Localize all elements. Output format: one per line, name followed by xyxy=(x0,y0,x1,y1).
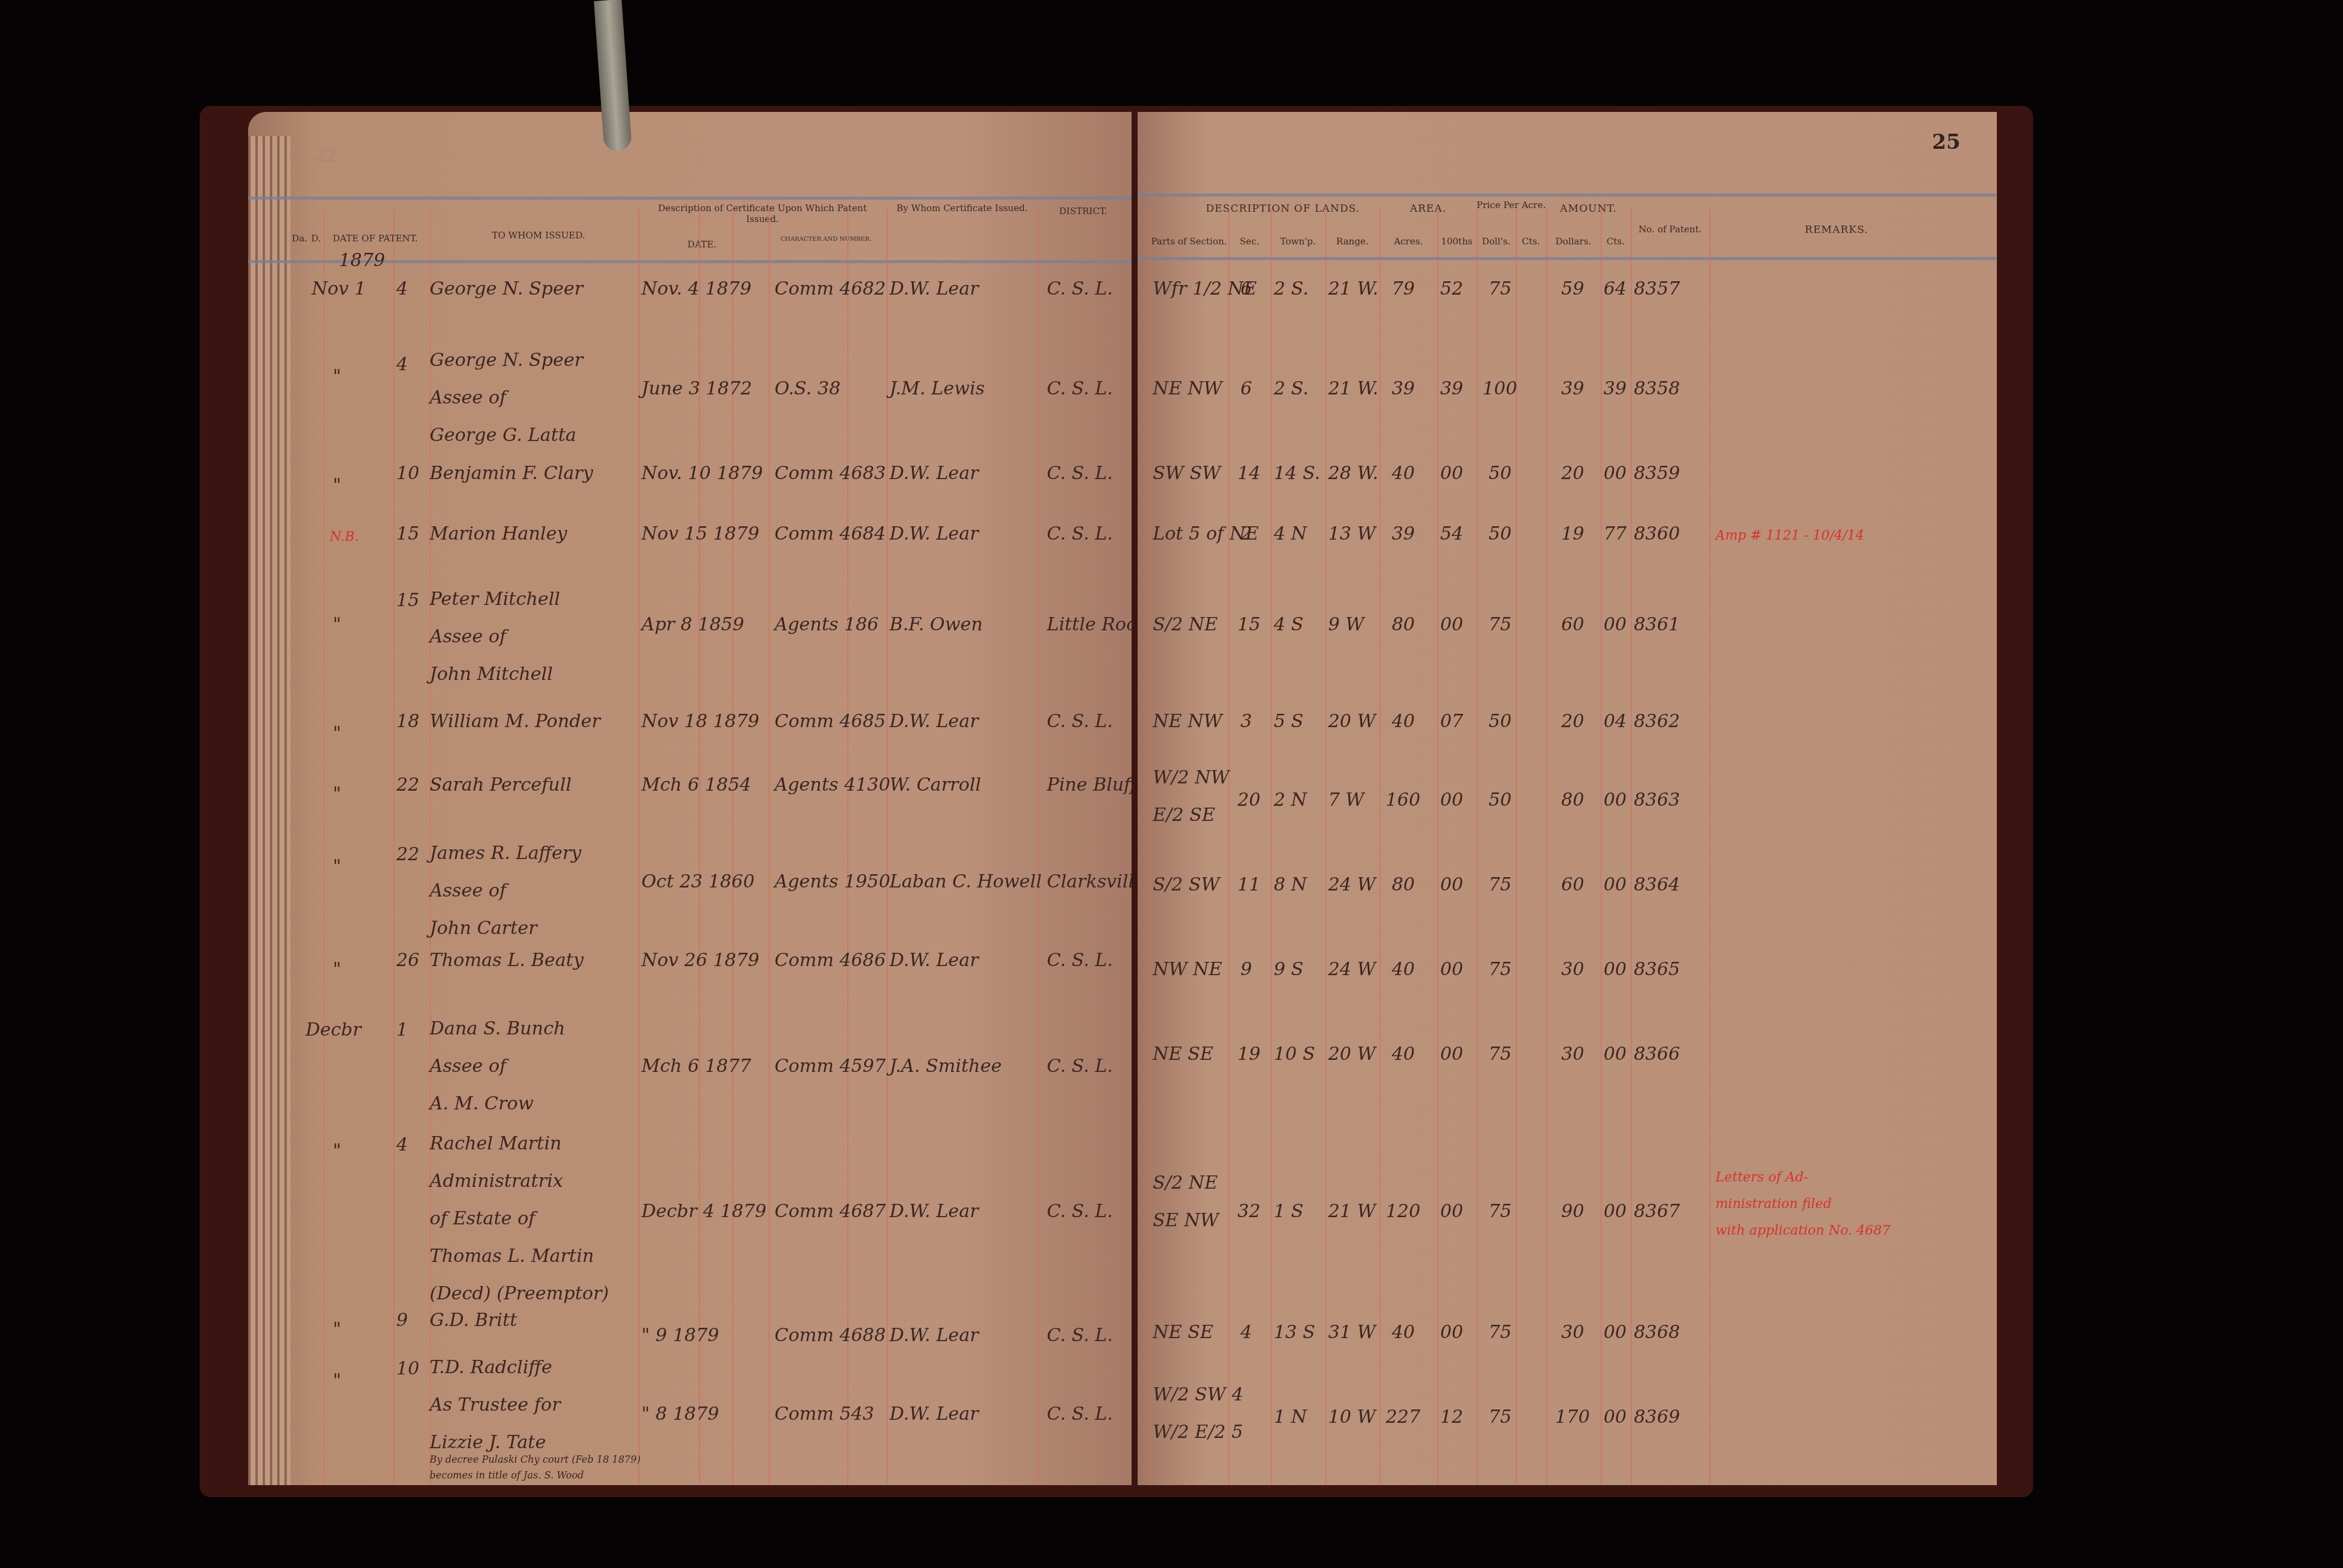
row-7-by-whom: W. Carroll xyxy=(890,774,981,795)
row-6-day: 18 xyxy=(396,711,419,732)
row-11-range: 21 W xyxy=(1328,1201,1376,1222)
ledger-book: 22 Da. D. DATE OF PATENT. 1879 TO WHOM I… xyxy=(200,106,2033,1497)
row-2-range: 21 W. xyxy=(1328,378,1378,399)
row-4-dollars: 19 xyxy=(1561,523,1584,544)
row-10-name: Dana S. Bunch Assee of A. M. Crow xyxy=(430,1010,565,1123)
row-8-patent: 8364 xyxy=(1634,874,1680,895)
row-5-day: 15 xyxy=(396,590,419,611)
left-page: 22 Da. D. DATE OF PATENT. 1879 TO WHOM I… xyxy=(248,112,1132,1485)
row-13-price: 75 xyxy=(1489,1406,1512,1428)
row-12-name: G.D. Britt xyxy=(430,1310,517,1331)
row-1-sec: 6 xyxy=(1240,278,1252,299)
row-4-district: C. S. L. xyxy=(1047,523,1113,544)
col-header-amount: AMOUNT. xyxy=(1546,203,1631,215)
row-4-acres: 39 xyxy=(1392,523,1415,544)
col-header-sec: Sec. xyxy=(1228,236,1271,247)
row-12-price: 75 xyxy=(1489,1322,1512,1343)
col-header-range: Range. xyxy=(1325,236,1380,247)
row-5-acres: 80 xyxy=(1392,614,1415,635)
row-7-cert-date: Mch 6 1854 xyxy=(641,774,751,795)
row-4-cts: 77 xyxy=(1604,523,1627,544)
row-1-town: 2 S. xyxy=(1274,278,1309,299)
row-11-month: " xyxy=(333,1140,341,1161)
row-11-parts: S/2 NE SE NW xyxy=(1153,1165,1219,1240)
row-3-price: 50 xyxy=(1489,463,1512,484)
row-8-cert-date: Oct 23 1860 xyxy=(641,871,755,892)
row-3-by-whom: D.W. Lear xyxy=(890,463,978,484)
row-10-acres: 40 xyxy=(1392,1044,1415,1065)
row-6-hundredths: 07 xyxy=(1440,711,1463,732)
row-2-district: C. S. L. xyxy=(1047,378,1113,399)
col-header-date-of-patent: DATE OF PATENT. xyxy=(324,233,427,244)
row-5-name: Peter Mitchell Assee of John Mitchell xyxy=(430,581,560,693)
row-11-acres: 120 xyxy=(1386,1201,1420,1222)
row-7-hundredths: 00 xyxy=(1440,789,1463,811)
col-header-district: DISTRICT. xyxy=(1041,206,1126,217)
row-9-name: Thomas L. Beaty xyxy=(430,950,583,971)
col-header-by-whom: By Whom Certificate Issued. xyxy=(890,203,1035,214)
row-12-range: 31 W xyxy=(1328,1322,1376,1343)
row-4-town: 4 N xyxy=(1274,523,1307,544)
row-2-name: George N. Speer Assee of George G. Latta xyxy=(430,342,583,454)
row-12-month: " xyxy=(333,1319,341,1340)
row-9-by-whom: D.W. Lear xyxy=(890,950,978,971)
col-header-remarks: REMARKS. xyxy=(1709,224,1964,236)
col-header-town: Town'p. xyxy=(1271,236,1325,247)
col-header-amount-cts: Cts. xyxy=(1601,236,1631,247)
row-11-day: 4 xyxy=(396,1134,408,1155)
row-11-patent: 8367 xyxy=(1634,1201,1680,1222)
row-10-cert-date: Mch 6 1877 xyxy=(641,1056,751,1077)
year-heading: 1879 xyxy=(339,250,385,271)
row-1-range: 21 W. xyxy=(1328,278,1378,299)
row-3-patent: 8359 xyxy=(1634,463,1680,484)
header-bottom-rule xyxy=(1138,257,1997,260)
row-4-day: 15 xyxy=(396,523,419,544)
row-1-patent: 8357 xyxy=(1634,278,1680,299)
row-3-name: Benjamin F. Clary xyxy=(430,463,593,484)
row-13-day: 10 xyxy=(396,1358,419,1379)
row-1-name: George N. Speer xyxy=(430,278,583,299)
row-12-hundredths: 00 xyxy=(1440,1322,1463,1343)
row-7-parts: W/2 NW E/2 SE xyxy=(1153,759,1230,834)
row-2-day: 4 xyxy=(396,354,408,375)
row-9-range: 24 W xyxy=(1328,959,1376,980)
row-10-by-whom: J.A. Smithee xyxy=(890,1056,1001,1077)
row-1-district: C. S. L. xyxy=(1047,278,1113,299)
row-10-town: 10 S xyxy=(1274,1044,1315,1065)
row-5-patent: 8361 xyxy=(1634,614,1680,635)
row-3-district: C. S. L. xyxy=(1047,463,1113,484)
row-11-district: C. S. L. xyxy=(1047,1201,1113,1222)
row-13-parts: W/2 SW 4 W/2 E/2 5 xyxy=(1153,1376,1244,1451)
row-8-sec: 11 xyxy=(1237,874,1260,895)
row-5-month: " xyxy=(333,614,341,635)
row-3-sec: 14 xyxy=(1237,463,1260,484)
row-10-month: Decbr xyxy=(306,1019,361,1040)
row-5-hundredths: 00 xyxy=(1440,614,1463,635)
row-8-by-whom: Laban C. Howell xyxy=(890,871,1042,892)
row-11-cts: 00 xyxy=(1604,1201,1627,1222)
row-6-character: Comm 4685 xyxy=(775,711,886,732)
row-4-price: 50 xyxy=(1489,523,1512,544)
row-2-hundredths: 39 xyxy=(1440,378,1463,399)
row-11-character: Comm 4687 xyxy=(775,1201,886,1222)
row-4-character: Comm 4684 xyxy=(775,523,886,544)
row-12-town: 13 S xyxy=(1274,1322,1315,1343)
row-5-parts: S/2 NE xyxy=(1153,614,1217,635)
row-9-cts: 00 xyxy=(1604,959,1627,980)
row-4-margin-note: N.B. xyxy=(330,529,359,544)
row-13-range: 10 W xyxy=(1328,1406,1376,1428)
row-13-patent: 8369 xyxy=(1634,1406,1680,1428)
col-header-patent-no: No. of Patent. xyxy=(1631,224,1709,235)
row-13-month: " xyxy=(333,1370,341,1391)
row-9-day: 26 xyxy=(396,950,419,971)
row-2-cts: 39 xyxy=(1604,378,1627,399)
row-4-sec: 2 xyxy=(1240,523,1252,544)
row-5-price: 75 xyxy=(1489,614,1512,635)
row-9-parts: NW NE xyxy=(1153,959,1222,980)
row-8-town: 8 N xyxy=(1274,874,1307,895)
row-6-by-whom: D.W. Lear xyxy=(890,711,978,732)
row-2-cert-date: June 3 1872 xyxy=(641,378,752,399)
col-header-price: Price Per Acre. xyxy=(1476,200,1546,211)
row-8-acres: 80 xyxy=(1392,874,1415,895)
row-6-parts: NE NW xyxy=(1153,711,1222,732)
row-12-sec: 4 xyxy=(1240,1322,1252,1343)
row-8-dollars: 60 xyxy=(1561,874,1584,895)
row-5-cert-date: Apr 8 1859 xyxy=(641,614,744,635)
col-header-parts: Parts of Section. xyxy=(1150,236,1228,247)
row-7-day: 22 xyxy=(396,774,419,795)
row-12-acres: 40 xyxy=(1392,1322,1415,1343)
row-13-acres: 227 xyxy=(1386,1406,1420,1428)
row-9-town: 9 S xyxy=(1274,959,1303,980)
row-6-town: 5 S xyxy=(1274,711,1303,732)
row-7-cts: 00 xyxy=(1604,789,1627,811)
row-4-range: 13 W xyxy=(1328,523,1376,544)
row-9-character: Comm 4686 xyxy=(775,950,886,971)
row-7-range: 7 W xyxy=(1328,789,1364,811)
row-7-acres: 160 xyxy=(1386,789,1420,811)
row-7-district: Pine Bluff xyxy=(1047,774,1132,795)
row-2-patent: 8358 xyxy=(1634,378,1680,399)
row-9-price: 75 xyxy=(1489,959,1512,980)
row-3-dollars: 20 xyxy=(1561,463,1584,484)
row-3-acres: 40 xyxy=(1392,463,1415,484)
row-9-hundredths: 00 xyxy=(1440,959,1463,980)
row-1-acres: 79 xyxy=(1392,278,1415,299)
row-4-hundredths: 54 xyxy=(1440,523,1463,544)
row-3-month: " xyxy=(333,475,341,496)
row-12-cert-date: " 9 1879 xyxy=(641,1325,719,1346)
row-4-name: Marion Hanley xyxy=(430,523,567,544)
row-3-character: Comm 4683 xyxy=(775,463,886,484)
row-11-remarks: Letters of Ad- ministration filed with a… xyxy=(1715,1165,1890,1244)
row-8-district: Clarksville xyxy=(1047,871,1132,892)
col-header-cert-character: CHARACTER AND NUMBER. xyxy=(768,236,883,243)
row-5-district: Little Rock xyxy=(1047,614,1132,635)
row-13-dollars: 170 xyxy=(1555,1406,1590,1428)
col-header-area: AREA. xyxy=(1380,203,1476,215)
row-6-sec: 3 xyxy=(1240,711,1252,732)
row-2-price: 100 xyxy=(1483,378,1517,399)
row-11-cert-date: Decbr 4 1879 xyxy=(641,1201,767,1222)
row-12-district: C. S. L. xyxy=(1047,1325,1113,1346)
row-13-town: 1 N xyxy=(1274,1406,1307,1428)
col-header-price-dolls: Doll's. xyxy=(1476,236,1516,247)
row-6-cts: 04 xyxy=(1604,711,1627,732)
row-8-hundredths: 00 xyxy=(1440,874,1463,895)
row-7-name: Sarah Percefull xyxy=(430,774,572,795)
row-2-character: O.S. 38 xyxy=(775,378,841,399)
row-8-parts: S/2 SW xyxy=(1153,874,1220,895)
row-9-dollars: 30 xyxy=(1561,959,1584,980)
row-8-day: 22 xyxy=(396,844,419,865)
row-9-sec: 9 xyxy=(1240,959,1252,980)
row-9-district: C. S. L. xyxy=(1047,950,1113,971)
row-10-range: 20 W xyxy=(1328,1044,1376,1065)
row-1-month: Nov 1 xyxy=(312,278,366,299)
row-5-sec: 15 xyxy=(1237,614,1260,635)
row-10-parts: NE SE xyxy=(1153,1044,1213,1065)
row-12-by-whom: D.W. Lear xyxy=(890,1325,978,1346)
row-11-dollars: 90 xyxy=(1561,1201,1584,1222)
row-7-month: " xyxy=(333,783,341,805)
row-12-patent: 8368 xyxy=(1634,1322,1680,1343)
row-11-town: 1 S xyxy=(1274,1201,1303,1222)
row-8-name: James R. Laffery Assee of John Carter xyxy=(430,835,582,947)
faded-page-mark: 22 xyxy=(315,145,336,165)
row-12-dollars: 30 xyxy=(1561,1322,1584,1343)
row-5-cts: 00 xyxy=(1604,614,1627,635)
row-6-dollars: 20 xyxy=(1561,711,1584,732)
header-top-rule xyxy=(248,197,1132,200)
row-4-by-whom: D.W. Lear xyxy=(890,523,978,544)
row-3-cts: 00 xyxy=(1604,463,1627,484)
row-3-day: 10 xyxy=(396,463,419,484)
col-header-d: D. xyxy=(309,233,324,244)
row-3-cert-date: Nov. 10 1879 xyxy=(641,463,763,484)
row-6-month: " xyxy=(333,723,341,744)
row-9-acres: 40 xyxy=(1392,959,1415,980)
row-12-character: Comm 4688 xyxy=(775,1325,886,1346)
row-12-parts: NE SE xyxy=(1153,1322,1213,1343)
row-11-name: Rachel Martin Administratrix of Estate o… xyxy=(430,1125,609,1313)
row-1-price: 75 xyxy=(1489,278,1512,299)
row-7-patent: 8363 xyxy=(1634,789,1680,811)
row-6-acres: 40 xyxy=(1392,711,1415,732)
row-2-acres: 39 xyxy=(1392,378,1415,399)
col-header-to-whom: TO WHOM ISSUED. xyxy=(442,230,635,241)
row-10-character: Comm 4597 xyxy=(775,1056,886,1077)
row-11-price: 75 xyxy=(1489,1201,1512,1222)
row-8-month: " xyxy=(333,856,341,877)
row-3-parts: SW SW xyxy=(1153,463,1221,484)
row-13-footnote: By decree Pulaski Chy court (Feb 18 1879… xyxy=(430,1452,640,1483)
row-4-cert-date: Nov 15 1879 xyxy=(641,523,759,544)
row-5-character: Agents 186 xyxy=(775,614,879,635)
row-7-town: 2 N xyxy=(1274,789,1307,811)
row-11-by-whom: D.W. Lear xyxy=(890,1201,978,1222)
row-2-sec: 6 xyxy=(1240,378,1252,399)
row-1-character: Comm 4682 xyxy=(775,278,886,299)
row-9-patent: 8365 xyxy=(1634,959,1680,980)
row-10-hundredths: 00 xyxy=(1440,1044,1463,1065)
row-6-district: C. S. L. xyxy=(1047,711,1113,732)
row-12-day: 9 xyxy=(396,1310,408,1331)
row-7-price: 50 xyxy=(1489,789,1512,811)
col-header-hundredths: 100ths xyxy=(1437,236,1476,247)
row-13-name: T.D. Radcliffe As Trustee for Lizzie J. … xyxy=(430,1349,560,1462)
row-10-sec: 19 xyxy=(1237,1044,1260,1065)
row-6-patent: 8362 xyxy=(1634,711,1680,732)
row-6-range: 20 W xyxy=(1328,711,1376,732)
col-header-cert-date: DATE. xyxy=(641,239,762,250)
row-2-town: 2 S. xyxy=(1274,378,1309,399)
row-10-dollars: 30 xyxy=(1561,1044,1584,1065)
row-5-dollars: 60 xyxy=(1561,614,1584,635)
row-3-hundredths: 00 xyxy=(1440,463,1463,484)
row-1-cts: 64 xyxy=(1604,278,1627,299)
row-5-range: 9 W xyxy=(1328,614,1364,635)
col-header-acres: Acres. xyxy=(1380,236,1437,247)
row-10-day: 1 xyxy=(396,1019,408,1040)
row-13-cts: 00 xyxy=(1604,1406,1627,1428)
row-4-remarks: Amp # 1121 - 10/4/14 xyxy=(1715,528,1864,543)
row-8-price: 75 xyxy=(1489,874,1512,895)
row-10-cts: 00 xyxy=(1604,1044,1627,1065)
row-6-name: William M. Ponder xyxy=(430,711,600,732)
row-1-dollars: 59 xyxy=(1561,278,1584,299)
row-4-patent: 8360 xyxy=(1634,523,1680,544)
row-10-price: 75 xyxy=(1489,1044,1512,1065)
row-12-cts: 00 xyxy=(1604,1322,1627,1343)
row-1-hundredths: 52 xyxy=(1440,278,1463,299)
col-header-day: Da. xyxy=(290,233,309,244)
right-page: 25 DESCRIPTION OF LANDS. Parts of Sectio… xyxy=(1138,112,1997,1485)
row-11-hundredths: 00 xyxy=(1440,1201,1463,1222)
row-13-district: C. S. L. xyxy=(1047,1403,1113,1425)
row-2-parts: NE NW xyxy=(1153,378,1222,399)
col-header-lands: DESCRIPTION OF LANDS. xyxy=(1162,203,1404,215)
row-3-range: 28 W. xyxy=(1328,463,1378,484)
page-edges xyxy=(248,136,290,1485)
row-13-character: Comm 543 xyxy=(775,1403,874,1425)
row-10-district: C. S. L. xyxy=(1047,1056,1113,1077)
row-7-dollars: 80 xyxy=(1561,789,1584,811)
row-2-dollars: 39 xyxy=(1561,378,1584,399)
col-header-price-cts: Cts. xyxy=(1516,236,1546,247)
row-3-town: 14 S. xyxy=(1274,463,1320,484)
row-8-cts: 00 xyxy=(1604,874,1627,895)
page-number: 25 xyxy=(1932,130,1961,154)
row-13-cert-date: " 8 1879 xyxy=(641,1403,719,1425)
row-6-price: 50 xyxy=(1489,711,1512,732)
col-header-amount-dollars: Dollars. xyxy=(1546,236,1601,247)
row-13-hundredths: 12 xyxy=(1440,1406,1463,1428)
row-1-by-whom: D.W. Lear xyxy=(890,278,978,299)
row-11-sec: 32 xyxy=(1237,1201,1260,1222)
row-9-cert-date: Nov 26 1879 xyxy=(641,950,759,971)
row-8-character: Agents 1950 xyxy=(775,871,890,892)
row-9-month: " xyxy=(333,959,341,980)
row-13-by-whom: D.W. Lear xyxy=(890,1403,978,1425)
row-5-by-whom: B.F. Owen xyxy=(890,614,983,635)
row-1-day: 4 xyxy=(396,278,408,299)
row-8-range: 24 W xyxy=(1328,874,1376,895)
row-2-by-whom: J.M. Lewis xyxy=(890,378,985,399)
row-10-patent: 8366 xyxy=(1634,1044,1680,1065)
header-top-rule xyxy=(1138,194,1997,197)
row-7-sec: 20 xyxy=(1237,789,1260,811)
row-6-cert-date: Nov 18 1879 xyxy=(641,711,759,732)
row-7-character: Agents 4130 xyxy=(775,774,890,795)
row-1-cert-date: Nov. 4 1879 xyxy=(641,278,752,299)
row-2-month: " xyxy=(333,366,341,387)
row-5-town: 4 S xyxy=(1274,614,1303,635)
